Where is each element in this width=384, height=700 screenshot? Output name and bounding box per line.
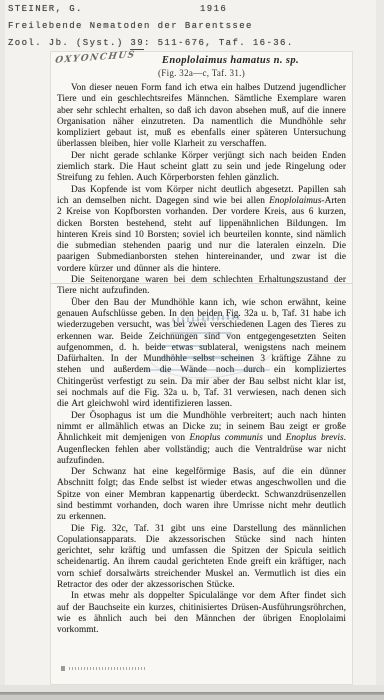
paragraph: Die Seitenorgane waren bei dem schlechte… — [57, 275, 346, 298]
author-name: STEINER, G. — [8, 4, 83, 14]
scan-seam — [51, 283, 352, 284]
scan-edge-right — [376, 0, 384, 700]
typed-header: STEINER, G. 1916 Freilebende Nematoden d… — [8, 4, 378, 52]
paragraph: Der Ösophagus ist um die Mundhöhle verbr… — [57, 411, 346, 467]
printed-text-patch: Enoplolaimus hamatus n. sp. (Fig. 32a—c,… — [50, 51, 353, 685]
citation-volume: 39 — [130, 38, 144, 50]
figure-reference: (Fig. 32a—c, Taf. 31.) — [57, 68, 346, 78]
scan-bottom-foot — [0, 695, 384, 700]
paragraph: Der nicht gerade schlanke Körper verjüng… — [57, 151, 346, 185]
paragraph: In etwas mehr als doppelter Spiculalänge… — [57, 591, 346, 636]
scan-edge-left — [0, 0, 5, 700]
series-title: Freilebende Nematoden der Barentssee — [8, 21, 378, 38]
paragraph: Die Fig. 32c, Taf. 31 gibt uns eine Dars… — [57, 524, 346, 592]
citation-prefix: Zool. Jb. (Syst.) — [8, 38, 130, 48]
publication-year: 1916 — [200, 4, 227, 14]
body-text: Von dieser neuen Form fand ich etwa ein … — [57, 83, 346, 637]
scan-bottom-margin — [0, 685, 384, 692]
paragraph: Von dieser neuen Form fand ich etwa ein … — [57, 83, 346, 151]
paragraph: Das Kopfende ist vom Körper nicht deutli… — [57, 185, 346, 275]
citation-line: Zool. Jb. (Syst.) 39: 511-676, Taf. 16-3… — [8, 38, 378, 52]
scanned-page: STEINER, G. 1916 Freilebende Nematoden d… — [0, 0, 384, 700]
paragraph: Über den Bau der Mundhöhle kann ich, wie… — [57, 298, 346, 411]
paragraph: Der Schwanz hat eine kegelförmige Basis,… — [57, 467, 346, 523]
footer-microprint — [69, 667, 147, 670]
footer-mark — [61, 666, 65, 671]
citation-pages: : 511-676, Taf. 16-36. — [144, 38, 294, 48]
